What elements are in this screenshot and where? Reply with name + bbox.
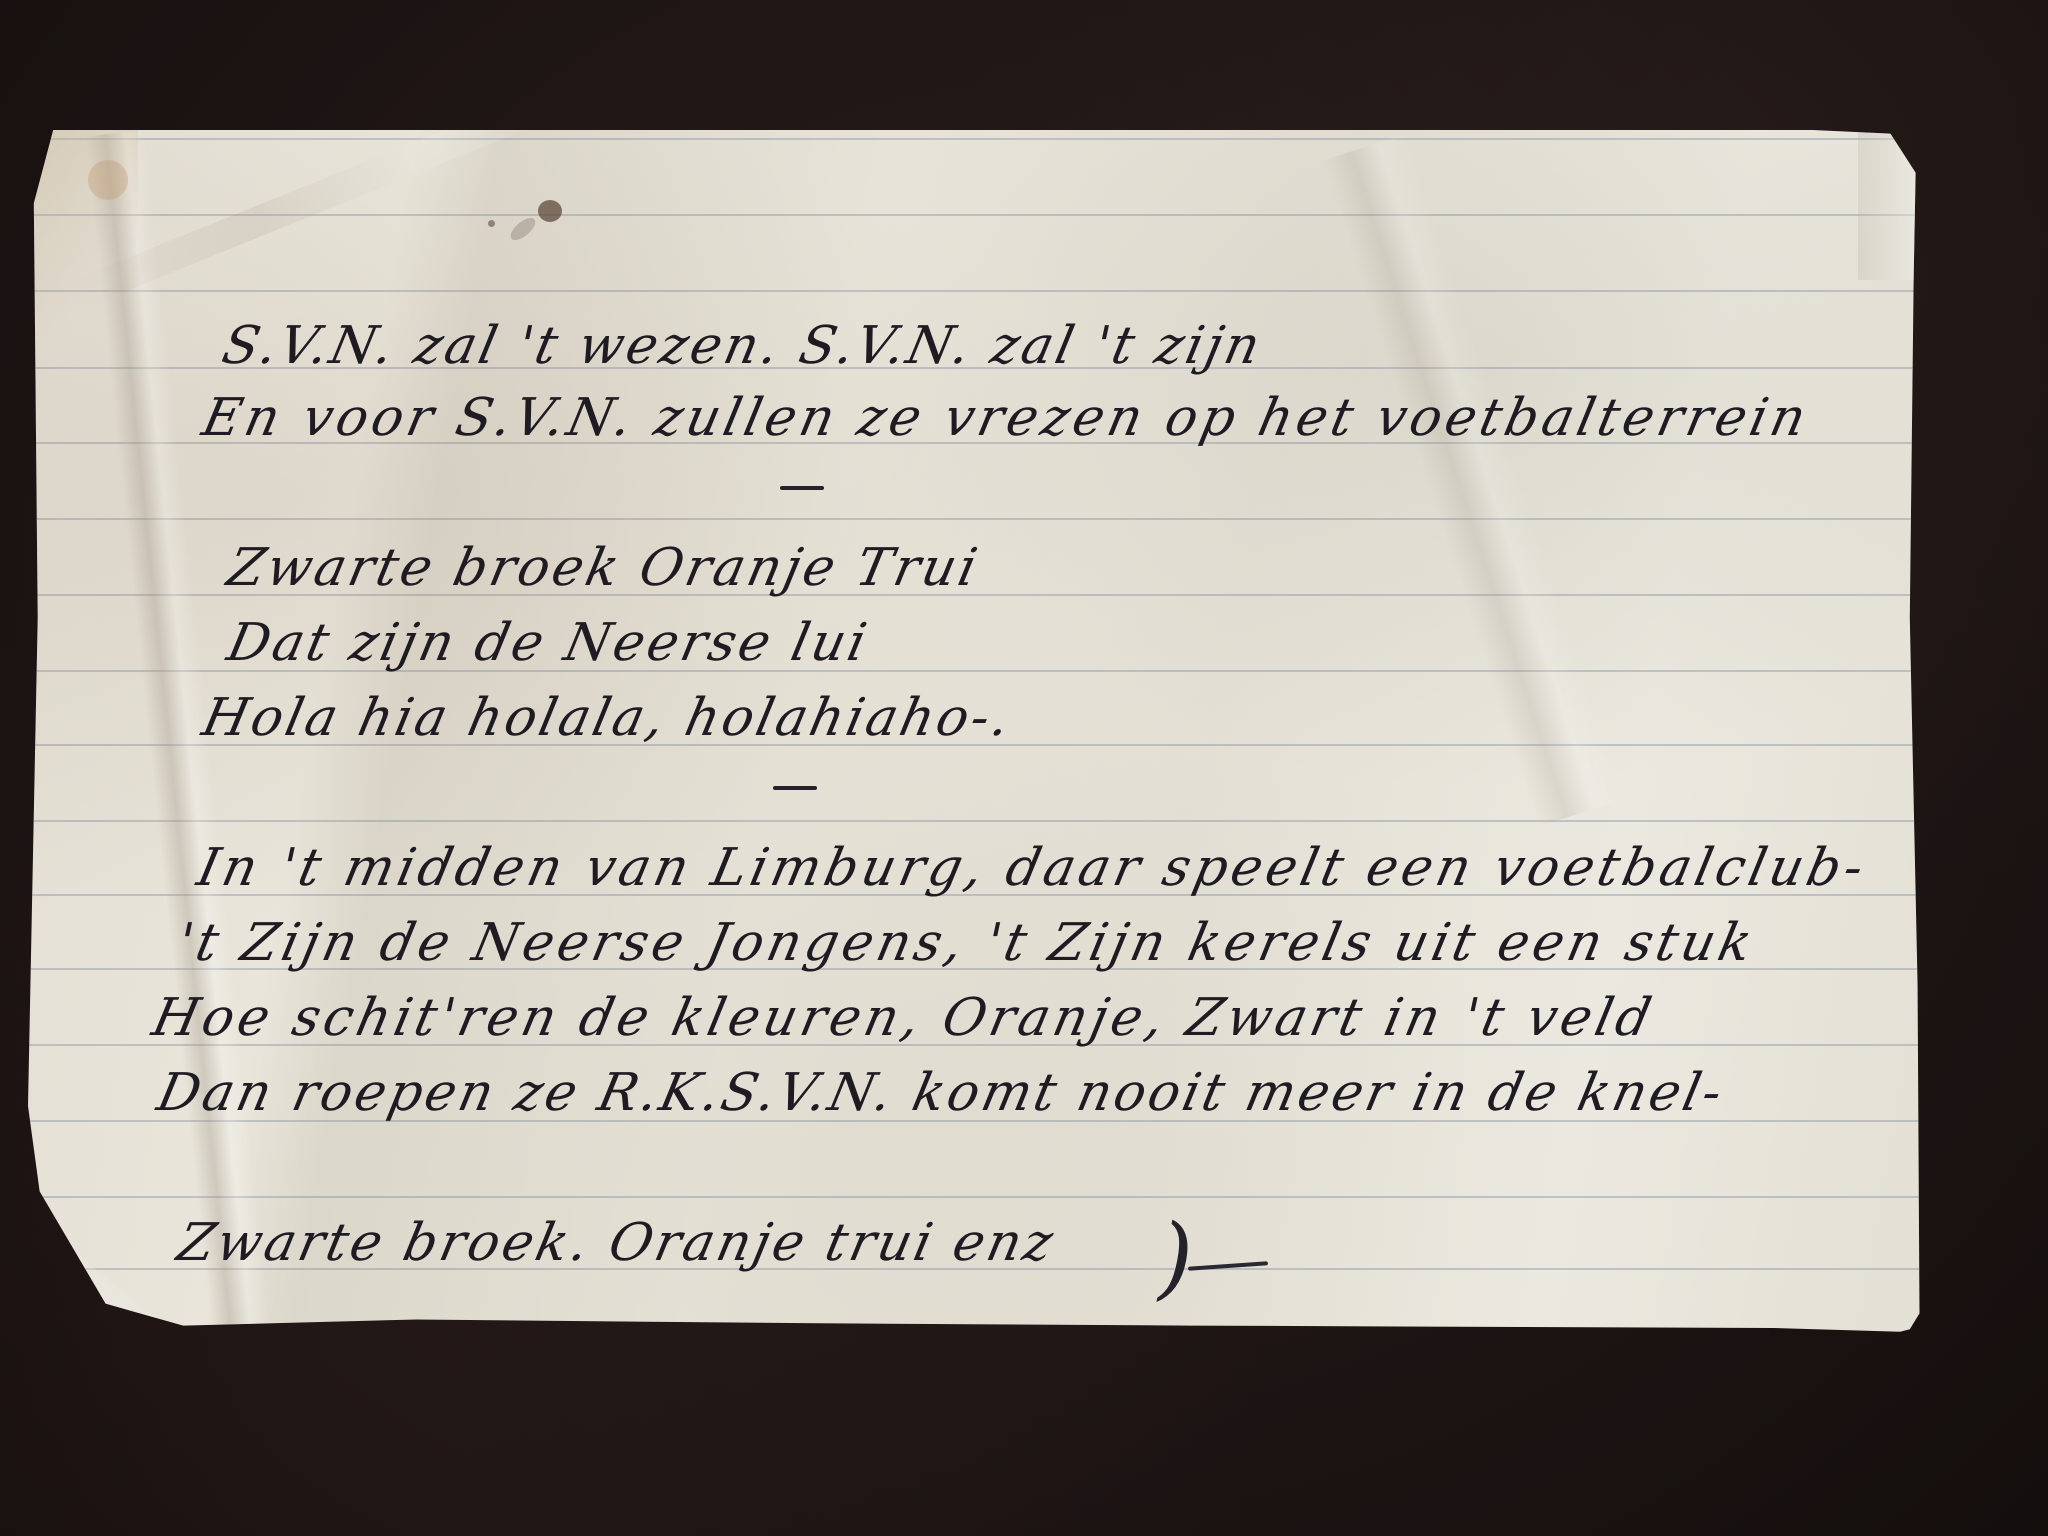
ruled-line (28, 820, 1928, 822)
closing-parenthesis: ) (1158, 1205, 1193, 1310)
divider-dash (780, 486, 824, 490)
lyric-line: En voor S.V.N. zullen ze vrezen op het v… (198, 392, 1814, 444)
divider-dash (773, 786, 817, 790)
paper-texture: S.V.N. zal 't wezen. S.V.N. zal 't zijn … (28, 130, 1968, 1350)
lyric-line: Dat zijn de Neerse lui (223, 617, 874, 669)
lyric-line: Dan roepen ze R.K.S.V.N. komt nooit meer… (153, 1067, 1729, 1119)
ink-speck (488, 220, 495, 227)
rust-stain (88, 160, 128, 200)
ink-stain (538, 200, 562, 222)
handwritten-paper-sheet: S.V.N. zal 't wezen. S.V.N. zal 't zijn … (28, 130, 1968, 1350)
ruled-line (28, 518, 1928, 520)
ruled-line (28, 290, 1928, 292)
lyric-line: In 't midden van Limburg, daar speelt ee… (193, 842, 1872, 894)
lyric-line: Zwarte broek. Oranje trui enz (173, 1217, 1060, 1269)
ink-stain (507, 214, 539, 244)
lyric-line: Zwarte broek Oranje Trui (223, 542, 984, 594)
paper-corner-stain (28, 130, 138, 350)
ruled-line (28, 1196, 1928, 1198)
lyric-line: Hoe schit'ren de kleuren, Oranje, Zwart … (148, 992, 1659, 1044)
ruled-line (28, 138, 1928, 140)
lyric-line: Hola hia holala, holahiaho-. (198, 692, 1017, 744)
lyric-line: S.V.N. zal 't wezen. S.V.N. zal 't zijn (218, 320, 1267, 372)
paper-crease (1322, 133, 1624, 827)
lyric-line: 't Zijn de Neerse Jongens, 't Zijn kerel… (173, 917, 1760, 969)
